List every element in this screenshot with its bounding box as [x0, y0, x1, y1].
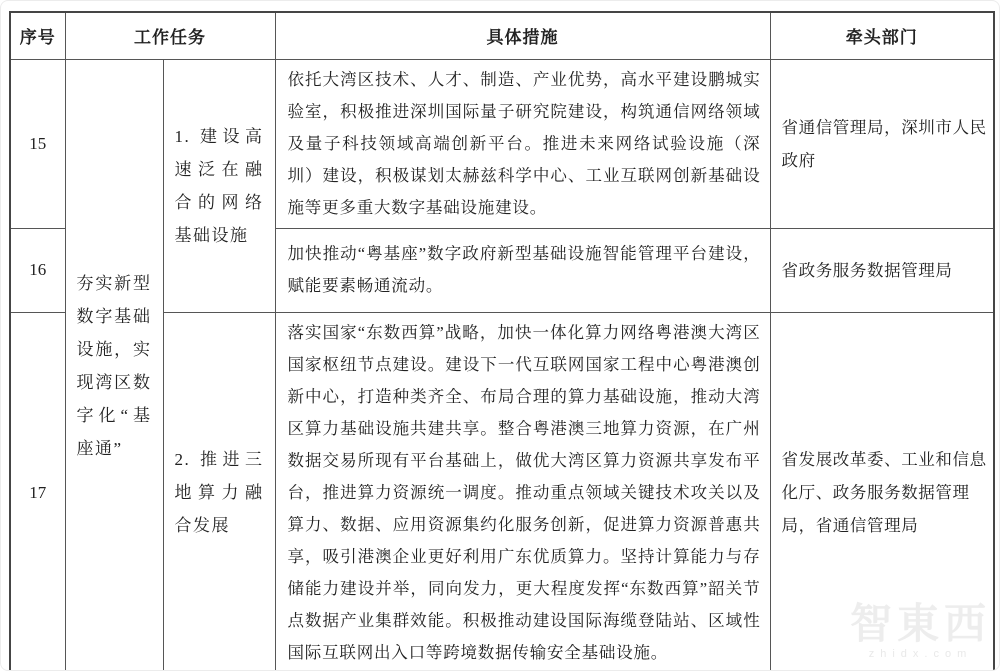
- work-task-table: 序号 工作任务 具体措施 牵头部门 15 夯实新型数字基础设施，实现湾区数字化“…: [9, 11, 995, 671]
- document-page: 序号 工作任务 具体措施 牵头部门 15 夯实新型数字基础设施，实现湾区数字化“…: [0, 0, 1000, 671]
- task-1-cell: 1. 建设高速泛在融合的网络基础设施: [163, 59, 275, 312]
- row-17-department: 省发展改革委、工业和信息化厅、政务服务数据管理局，省通信管理局: [770, 312, 994, 671]
- row-17-measure: 落实国家“东数西算”战略，加快一体化算力网络粤港澳大湾区国家枢纽节点建设。建设下…: [275, 312, 770, 671]
- header-cell-department: 牵头部门: [770, 12, 994, 59]
- table-row-15: 15 夯实新型数字基础设施，实现湾区数字化“基座通” 1. 建设高速泛在融合的网…: [10, 59, 994, 228]
- row-15-index: 15: [10, 59, 65, 228]
- row-16-department: 省政务服务数据管理局: [770, 228, 994, 312]
- row-16-measure: 加快推动“粤基座”数字政府新型基础设施智能管理平台建设，赋能要素畅通流动。: [275, 228, 770, 312]
- row-17-index: 17: [10, 312, 65, 671]
- row-15-department: 省通信管理局，深圳市人民政府: [770, 59, 994, 228]
- header-row: 序号 工作任务 具体措施 牵头部门: [10, 12, 994, 59]
- row-15-measure: 依托大湾区技术、人才、制造、产业优势，高水平建设鹏城实验室，积极推进深圳国际量子…: [275, 59, 770, 228]
- header-cell-measures: 具体措施: [275, 12, 770, 59]
- header-cell-index: 序号: [10, 12, 65, 59]
- header-cell-task: 工作任务: [65, 12, 275, 59]
- row-16-index: 16: [10, 228, 65, 312]
- task-group-cell: 夯实新型数字基础设施，实现湾区数字化“基座通”: [65, 59, 163, 671]
- task-2-cell: 2. 推进三地算力融合发展: [163, 312, 275, 671]
